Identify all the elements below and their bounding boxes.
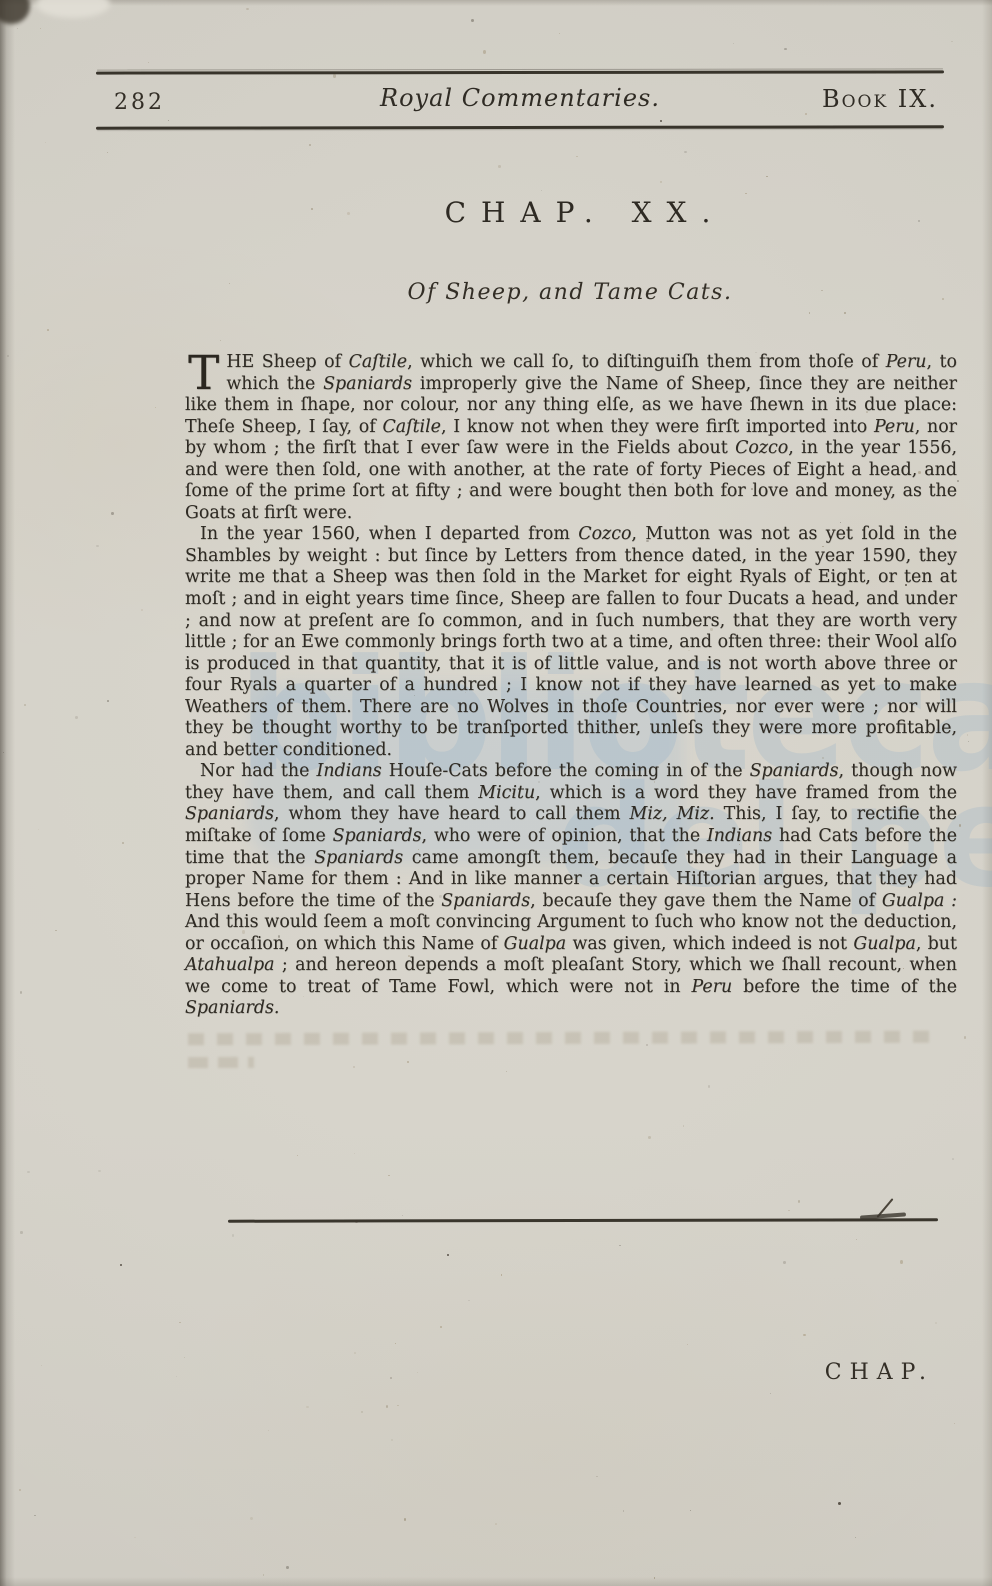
chapter-subtitle: Of Sheep, and Tame Cats. [185, 280, 955, 305]
body-text: THE Sheep of Caſtile, which we call ſo, … [185, 352, 957, 1020]
page-header: 282 Royal Commentaries. Book IX. [96, 84, 944, 122]
scan-edge-bottom [0, 1577, 992, 1586]
book-label: Book IX. [822, 85, 938, 113]
scan-edge-left [0, 0, 15, 1586]
corner-shadow [0, 0, 30, 24]
paragraph-1-text: HE Sheep of Caſtile, which we call ſo, t… [185, 352, 957, 523]
scan-edge-right [982, 0, 992, 1586]
section-end-rule [228, 1218, 938, 1222]
paragraph-1: THE Sheep of Caſtile, which we call ſo, … [185, 352, 957, 524]
paragraph-2: In the year 1560, when I departed from C… [185, 524, 957, 761]
show-through-smudge-short [188, 1057, 254, 1068]
running-title: Royal Commentaries. [96, 84, 944, 112]
header-rule-top [96, 70, 944, 74]
catchword: CHAP. [825, 1360, 934, 1385]
scan-edge-top [0, 0, 992, 6]
header-rule-bottom [96, 125, 944, 129]
show-through-smudge [188, 1031, 930, 1046]
corner-light-spot [36, 0, 110, 18]
paragraph-3: Nor had the Indians Houſe-Cats before th… [185, 761, 957, 1020]
drop-cap: T [185, 352, 226, 392]
book-page-scan: biblioteca del peru 282 Royal Commentari… [0, 0, 992, 1586]
chapter-heading: CHAP. XX. [185, 196, 970, 229]
